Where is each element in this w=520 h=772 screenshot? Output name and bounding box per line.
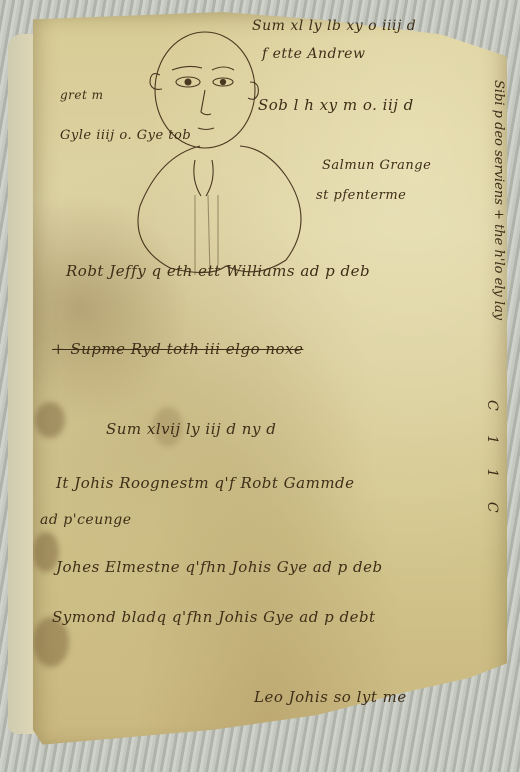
ink-stain xyxy=(35,402,65,438)
text-bottom-signature: Leo Johis so lyt me xyxy=(254,688,407,706)
note-middle-right-1: Salmun Grange xyxy=(322,158,431,173)
text-line-2-struck: + Supme Ryd toth iii elgo noxe xyxy=(52,340,303,358)
note-right-1: Sob l h xy m o. iij d xyxy=(258,96,414,114)
note-left-1: gret m xyxy=(60,88,104,102)
margin-vertical-note: Sibi p deo serviens + the h'lo ely lay xyxy=(491,80,506,320)
text-line-6: Johes Elmestne q'fhn Johis Gye ad p deb xyxy=(56,558,383,576)
margin-marks: C 1 1 C xyxy=(484,400,500,523)
text-line-5: ad p'ceunge xyxy=(40,512,131,528)
note-middle-right-2: st pfenterme xyxy=(316,188,406,203)
text-line-4: It Johis Roognestm q'f Robt Gammde xyxy=(56,474,355,492)
note-top-right-1: Sum xl ly lb xy o iiij d xyxy=(252,18,416,34)
text-line-3: Sum xlvij ly iij d ny d xyxy=(106,420,276,438)
text-line-7: Symond bladq q'fhn Johis Gye ad p debt xyxy=(52,608,376,626)
note-top-right-2: f ette Andrew xyxy=(262,46,365,62)
note-left-2: Gyle iiij o. Gye tob xyxy=(60,128,191,143)
text-line-1: Robt Jeffy q eth ett Williams ad p deb xyxy=(66,262,370,280)
